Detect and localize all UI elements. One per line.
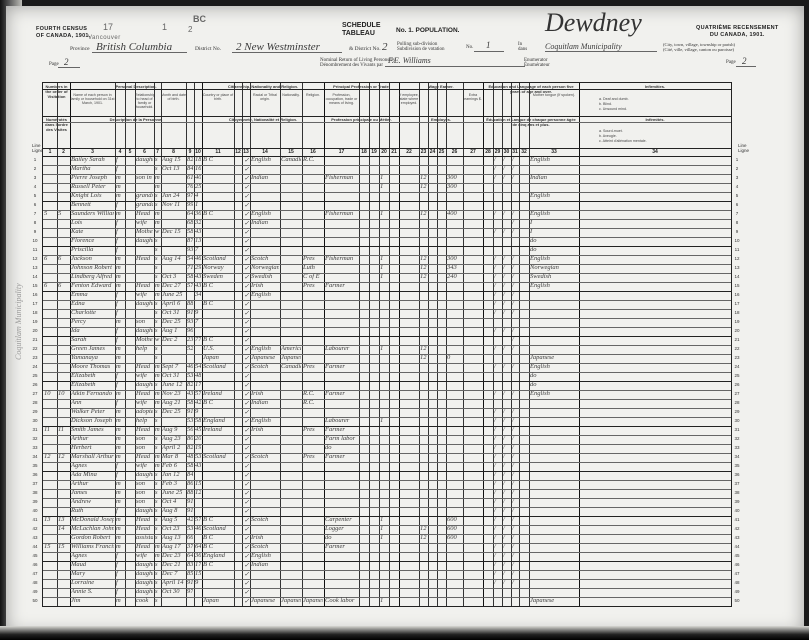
cell-birth-year: 64 [187,210,193,217]
cell-speaks-english: / [512,453,518,460]
cell-can-read: / [494,462,501,469]
cell-origin: Swedish [251,273,279,280]
cell-origin: English [251,345,279,352]
cell-nationality: Japanese [281,597,301,604]
cell-name: Fenton Edward [71,282,114,289]
cell-can-read: / [494,156,501,163]
cell-birth-year: 91 [187,498,193,505]
cell-origin: Norwegian [251,264,279,271]
cell-name: Ann [71,399,114,406]
cell-sex: f [116,570,124,577]
column-header [493,93,502,115]
cell-marital-status: s [155,192,160,199]
column-header: Country or place of birth. [202,93,234,115]
cell-months-employed: 12 [420,264,427,271]
cell-religion: R.C. [303,399,323,406]
cell-birth-date: Dec 2 [162,336,185,343]
section-personal-fr: Description de la Personne. [71,117,201,122]
column-number: 6 [135,149,154,155]
line-number: 13 [30,265,40,270]
cell-birthplace: B C [203,282,233,289]
cell-birth-year: 58 [187,462,193,469]
line-number: 30 [30,418,40,423]
cell-can-read: / [494,282,501,289]
cell-name: Marshall Arthur [71,453,114,460]
cell-marital-status: s [155,156,160,163]
cell-relationship: wife [136,399,153,406]
cell-marital-status: w [155,336,160,343]
cell-relationship: son in law [136,174,153,181]
census-table: Numbers in the order of VisitationNuméro… [42,82,732,607]
cell-sex: m [116,318,124,325]
cell-religion: R.C. [303,390,323,397]
line-number-right: 20 [732,328,742,333]
cell-earnings: 600 [447,534,462,541]
cell-occupation: Labourer [325,345,358,352]
cell-can-read: / [494,570,501,577]
cell-name: James [71,489,114,496]
line-number: 10 [30,238,40,243]
line-number: 9 [30,229,40,234]
infirmity-item: b. Blind. [599,102,612,106]
cell-name: Bennett [71,201,114,208]
cell-birthplace: Japan [203,597,233,604]
cell-speaks-english: / [512,309,518,316]
cell-name: Charlotte [71,309,114,316]
cell-speaks-english: / [512,408,518,415]
cell-age: 36 [195,210,201,217]
cell-marital-status: m [155,399,160,406]
check-icon: ✓ [244,453,249,461]
column-number: 5 [125,149,135,155]
cell-birth-year: 46 [187,363,193,370]
line-number-right: 3 [732,175,742,180]
cell-name: Herbert [71,444,114,451]
cell-marital-status: s [155,246,160,253]
column-number: 1 [43,149,57,155]
cell-name: Martha [71,165,114,172]
line-number-right: 42 [732,526,742,531]
cell-can-write: / [503,471,510,478]
cell-marital-status: s [155,408,160,415]
check-icon: ✓ [244,516,249,524]
column-header: Month and date of birth. [161,93,186,115]
cell-birth-year: 97 [187,588,193,595]
line-number-right: 5 [732,193,742,198]
line-number-right: 45 [732,553,742,558]
cell-birth-year: 53 [187,525,193,532]
column-number: 3 [70,149,115,155]
cell-relationship: daughter [136,156,153,163]
cell-origin: English [251,417,279,424]
line-number-right: 37 [732,481,742,486]
cell-can-read: / [494,273,501,280]
cell-origin: English [251,210,279,217]
cell-birth-year: 76 [187,183,193,190]
line-number: 46 [30,562,40,567]
cell-sex: m [116,408,124,415]
cell-birth-year: 68 [187,219,193,226]
cell-birth-year: 97 [187,192,193,199]
check-icon: ✓ [244,372,249,380]
cell-birth-year: 86 [187,480,193,487]
cell-marital-status: s [155,534,160,541]
line-number: 36 [30,472,40,477]
line-number: 18 [30,310,40,315]
line-number: 25 [30,373,40,378]
column-header [186,93,194,115]
cell-marital-status: m [155,543,160,550]
cell-age: 32 [195,219,201,226]
cell-age: 43 [195,282,201,289]
line-number-right: 35 [732,463,742,468]
cell-can-write: / [503,165,510,172]
page-label-right: Page [726,60,736,65]
polling-no-value: 1 [486,40,491,50]
cell-employee: 1 [380,183,388,190]
column-header: If employee, state where employed. [399,93,419,115]
cell-relationship: Mother [136,336,153,343]
cell-birth-year: 58 [187,228,193,235]
cell-name: Johnson Robert [71,264,114,271]
cell-name: Elizabeth [71,381,114,388]
line-number-right: 23 [732,355,742,360]
cell-months-employed: 12 [420,255,427,262]
cell-birth-date: June 25 [162,291,185,298]
cell-relationship: wife [136,552,153,559]
cell-employee: 1 [380,345,388,352]
cell-mother-tongue: English [530,363,578,370]
cell-can-read: / [494,498,501,505]
cell-age: 57 [195,516,201,523]
line-number: 4 [30,184,40,189]
line-number: 31 [30,427,40,432]
cell-sex: m [116,210,124,217]
cell-marital-status: s [155,588,160,595]
cell-birth-year: 61 [187,174,193,181]
cell-mother-tongue: Swedish [530,273,578,280]
cell-name: Lois [71,219,114,226]
cell-can-read: / [494,174,501,181]
cell-can-read: / [494,345,501,352]
cell-birth-year: 82 [187,381,193,388]
cell-birth-date: Nov 23 [162,390,185,397]
cell-birth-date: Sept 7 [162,363,185,370]
cell-birth-date: Oct 31 [162,309,185,316]
check-icon: ✓ [244,408,249,416]
cell-birth-year: 23 [187,336,193,343]
line-number: 45 [30,553,40,558]
cell-sex: f [116,327,124,334]
line-number: 20 [30,328,40,333]
cell-age: 29 [195,264,201,271]
cell-birth-date: Oct 23 [162,525,185,532]
cell-relationship: son [136,444,153,451]
check-icon: ✓ [244,543,249,551]
section-citizenship-fr: Citoyenneté, Nationalité et Religion. [203,117,323,122]
column-header [369,93,379,115]
check-icon: ✓ [244,300,249,308]
check-icon: ✓ [244,399,249,407]
cell-speaks-english: / [512,579,518,586]
cell-speaks-english: / [512,444,518,451]
cell-sex: m [116,282,124,289]
column-number: 9 [186,149,194,155]
check-icon: ✓ [244,354,249,362]
cell-birth-date: Oct 3 [162,273,185,280]
cell-relationship: assistant [136,534,153,541]
cell-birth-year: 48 [187,453,193,460]
cell-occupation: Fisherman [325,210,358,217]
section-infirmities-fr: Infirmités. [580,117,730,122]
province-label: Province [70,46,90,52]
cell-birthplace: Ireland [203,390,233,397]
place-value-municipality: Coquitlam Municipality [545,42,622,51]
cell-birthplace: B C [203,300,233,307]
line-number-right: 9 [732,229,742,234]
page-value-right: 2 [742,56,747,66]
cell-birthplace: B C [203,534,233,541]
cell-mother-tongue: Japanese [530,597,578,604]
cell-name: Saunders William [71,210,114,217]
column-number: 24 [428,149,437,155]
stamp-2: 2 [188,25,192,34]
cell-marital-status: m [155,210,160,217]
cell-speaks-english: / [512,561,518,568]
cell-speaks-english: / [512,174,518,181]
cell-relationship: Mother [136,228,153,235]
cell-age: 7 [195,246,201,253]
cell-relationship: wife [136,291,153,298]
cell-marital-status: w [155,228,160,235]
cell-sex: m [116,453,124,460]
check-icon: ✓ [244,237,249,245]
cell-name: Walker Peter [71,408,114,415]
cell-marital-status: m [155,282,160,289]
cell-employee: 1 [380,417,388,424]
check-icon: ✓ [244,597,249,605]
cell-name: Elizabeth [71,372,114,379]
line-number-right: 4 [732,184,742,189]
cell-occupation: do [325,534,358,541]
cell-age: 54 [195,363,201,370]
cell-religion: Pres [303,453,323,460]
line-number-right: 8 [732,220,742,225]
cell-birth-date: Dec 23 [162,552,185,559]
polling-no-underline [474,51,504,52]
cell-marital-status: s [155,309,160,316]
cell-sex: f [116,237,124,244]
cell-sex: m [116,354,124,361]
cell-marital-status: s [155,507,160,514]
check-icon: ✓ [244,228,249,236]
line-number: 15 [30,283,40,288]
cell-can-read: / [494,534,501,541]
cell-sex: f [116,156,124,163]
cell-occupation: Farm labor [325,435,358,442]
section-wage-fr: Employés. [400,117,482,122]
check-icon: ✓ [244,417,249,425]
cell-age: 9 [195,309,201,316]
cell-name: Mary [71,570,114,577]
cell-birth-date: Dec 21 [162,561,185,568]
cell-can-read: / [494,480,501,487]
column-number: 7 [154,149,161,155]
cell-marital-status: s [155,381,160,388]
cell-sex: f [116,381,124,388]
line-number-right: 25 [732,373,742,378]
district-label: District No. [195,46,221,52]
header-left-line-1: FOURTH CENSUS [36,26,91,33]
cell-religion: R.C. [303,156,323,163]
line-number-right: 29 [732,409,742,414]
cell-birth-year: 91 [187,507,193,514]
cell-mother-tongue: do [530,381,578,388]
cell-marital-status: m [155,219,160,226]
cell-marital-status: m [155,453,160,460]
cell-can-read: / [494,255,501,262]
cell-name: Pierre Joseph [71,174,114,181]
cell-can-write: / [503,561,510,568]
cell-birth-year: 58 [187,273,193,280]
cell-sex: m [116,417,124,424]
cell-can-write: / [503,408,510,415]
line-number-right: 31 [732,427,742,432]
cell-nationality: American [281,345,301,352]
cell-birth-year: 53 [187,417,193,424]
infirmity-item: c. Unsound mind. [599,107,627,111]
column-header: Nationality. [280,93,302,115]
column-number: 11 [202,149,234,155]
cell-age: 15 [195,570,201,577]
cell-birthplace: B C [203,561,233,568]
cell-relationship: Head [136,363,153,370]
census-title-fr: QUATRIÈME RECENSEMENT DU CANADA, 1901. [696,25,779,39]
check-icon: ✓ [244,525,249,533]
cell-birth-date: Aug 21 [162,399,185,406]
cell-sex: m [116,516,124,523]
cell-dwelling: 6 [44,282,56,289]
line-number-right: 33 [732,445,742,450]
place-underline [545,51,657,52]
cell-relationship: help [136,345,153,352]
cell-marital-status: s [155,570,160,577]
line-number: 6 [30,202,40,207]
cell-sex: m [116,480,124,487]
cell-origin: Scotch [251,363,279,370]
cell-can-write: / [503,498,510,505]
cell-can-write: / [503,390,510,397]
check-icon: ✓ [244,579,249,587]
cell-can-read: / [494,426,501,433]
cell-mother-tongue: English [530,255,578,262]
cell-can-write: / [503,507,510,514]
cell-origin: Indian [251,399,279,406]
cell-relationship: daughter [136,300,153,307]
cell-birth-date: Aug 15 [162,156,185,163]
cell-birth-year: 43 [187,390,193,397]
cell-dwelling: 15 [44,543,56,550]
line-number-right: 27 [732,391,742,396]
cell-birth-year: 82 [187,156,193,163]
cell-can-write: / [503,363,510,370]
cell-can-read: / [494,489,501,496]
cell-name: Emma [71,291,114,298]
line-number-right: 13 [732,265,742,270]
column-header [502,93,511,115]
cell-mother-tongue: I [530,219,578,226]
cell-birth-date: Dec 7 [162,570,185,577]
cell-can-write: / [503,174,510,181]
cell-birthplace: England [203,417,233,424]
cell-nationality: Japanese [281,354,301,361]
cell-age: 1 [195,201,201,208]
cell-sex: f [116,399,124,406]
cell-family: 15 [58,543,69,550]
cell-age: 40 [195,174,201,181]
cell-marital-status: s [155,201,160,208]
cell-mother-tongue: English [530,210,578,217]
cell-can-read: / [494,516,501,523]
cell-relationship: son [136,480,153,487]
column-number: 28 [483,149,493,155]
subdistrict-label: & District No. [349,46,381,52]
cell-employee: 1 [380,525,388,532]
cell-name: Arthur [71,480,114,487]
line-number: 33 [30,445,40,450]
column-header [446,93,463,115]
cell-origin: Irish [251,534,279,541]
cell-speaks-english: / [512,534,518,541]
check-icon: ✓ [244,507,249,515]
cell-relationship: wife [136,372,153,379]
cell-can-write: / [503,579,510,586]
cell-marital-status: s [155,561,160,568]
header-section-divider [43,89,731,90]
cell-sex: m [116,255,124,262]
line-number: 24 [30,364,40,369]
cell-age: 43 [195,273,201,280]
cell-sex: m [116,273,124,280]
cell-name: Bailey Sarah [71,156,114,163]
check-icon: ✓ [244,534,249,542]
cell-name: McLachlan John [71,525,114,532]
cell-birth-date: April 6 [162,300,185,307]
cell-mother-tongue: English [530,156,578,163]
cell-months-employed: 12 [420,210,427,217]
cell-can-read: / [494,228,501,235]
cell-relationship: daughter [136,570,153,577]
cell-birth-year: 91 [187,309,193,316]
cell-birth-year: 58 [187,399,193,406]
cell-age: 45 [195,426,201,433]
cell-can-write: / [503,543,510,550]
cell-origin: Indian [251,174,279,181]
cell-marital-status: s [155,597,160,604]
cell-marital-status: s [155,273,160,280]
column-number: 21 [389,149,399,155]
cell-relationship: daughter [136,327,153,334]
column-number: 22 [399,149,419,155]
cell-birthplace: Norway [203,264,233,271]
cell-name: Edna [71,300,114,307]
cell-marital-status: m [155,372,160,379]
line-number-right: 49 [732,589,742,594]
line-number-right: 50 [732,598,742,603]
line-number: 47 [30,571,40,576]
column-header [483,93,493,115]
cell-birth-year: 54 [187,255,193,262]
